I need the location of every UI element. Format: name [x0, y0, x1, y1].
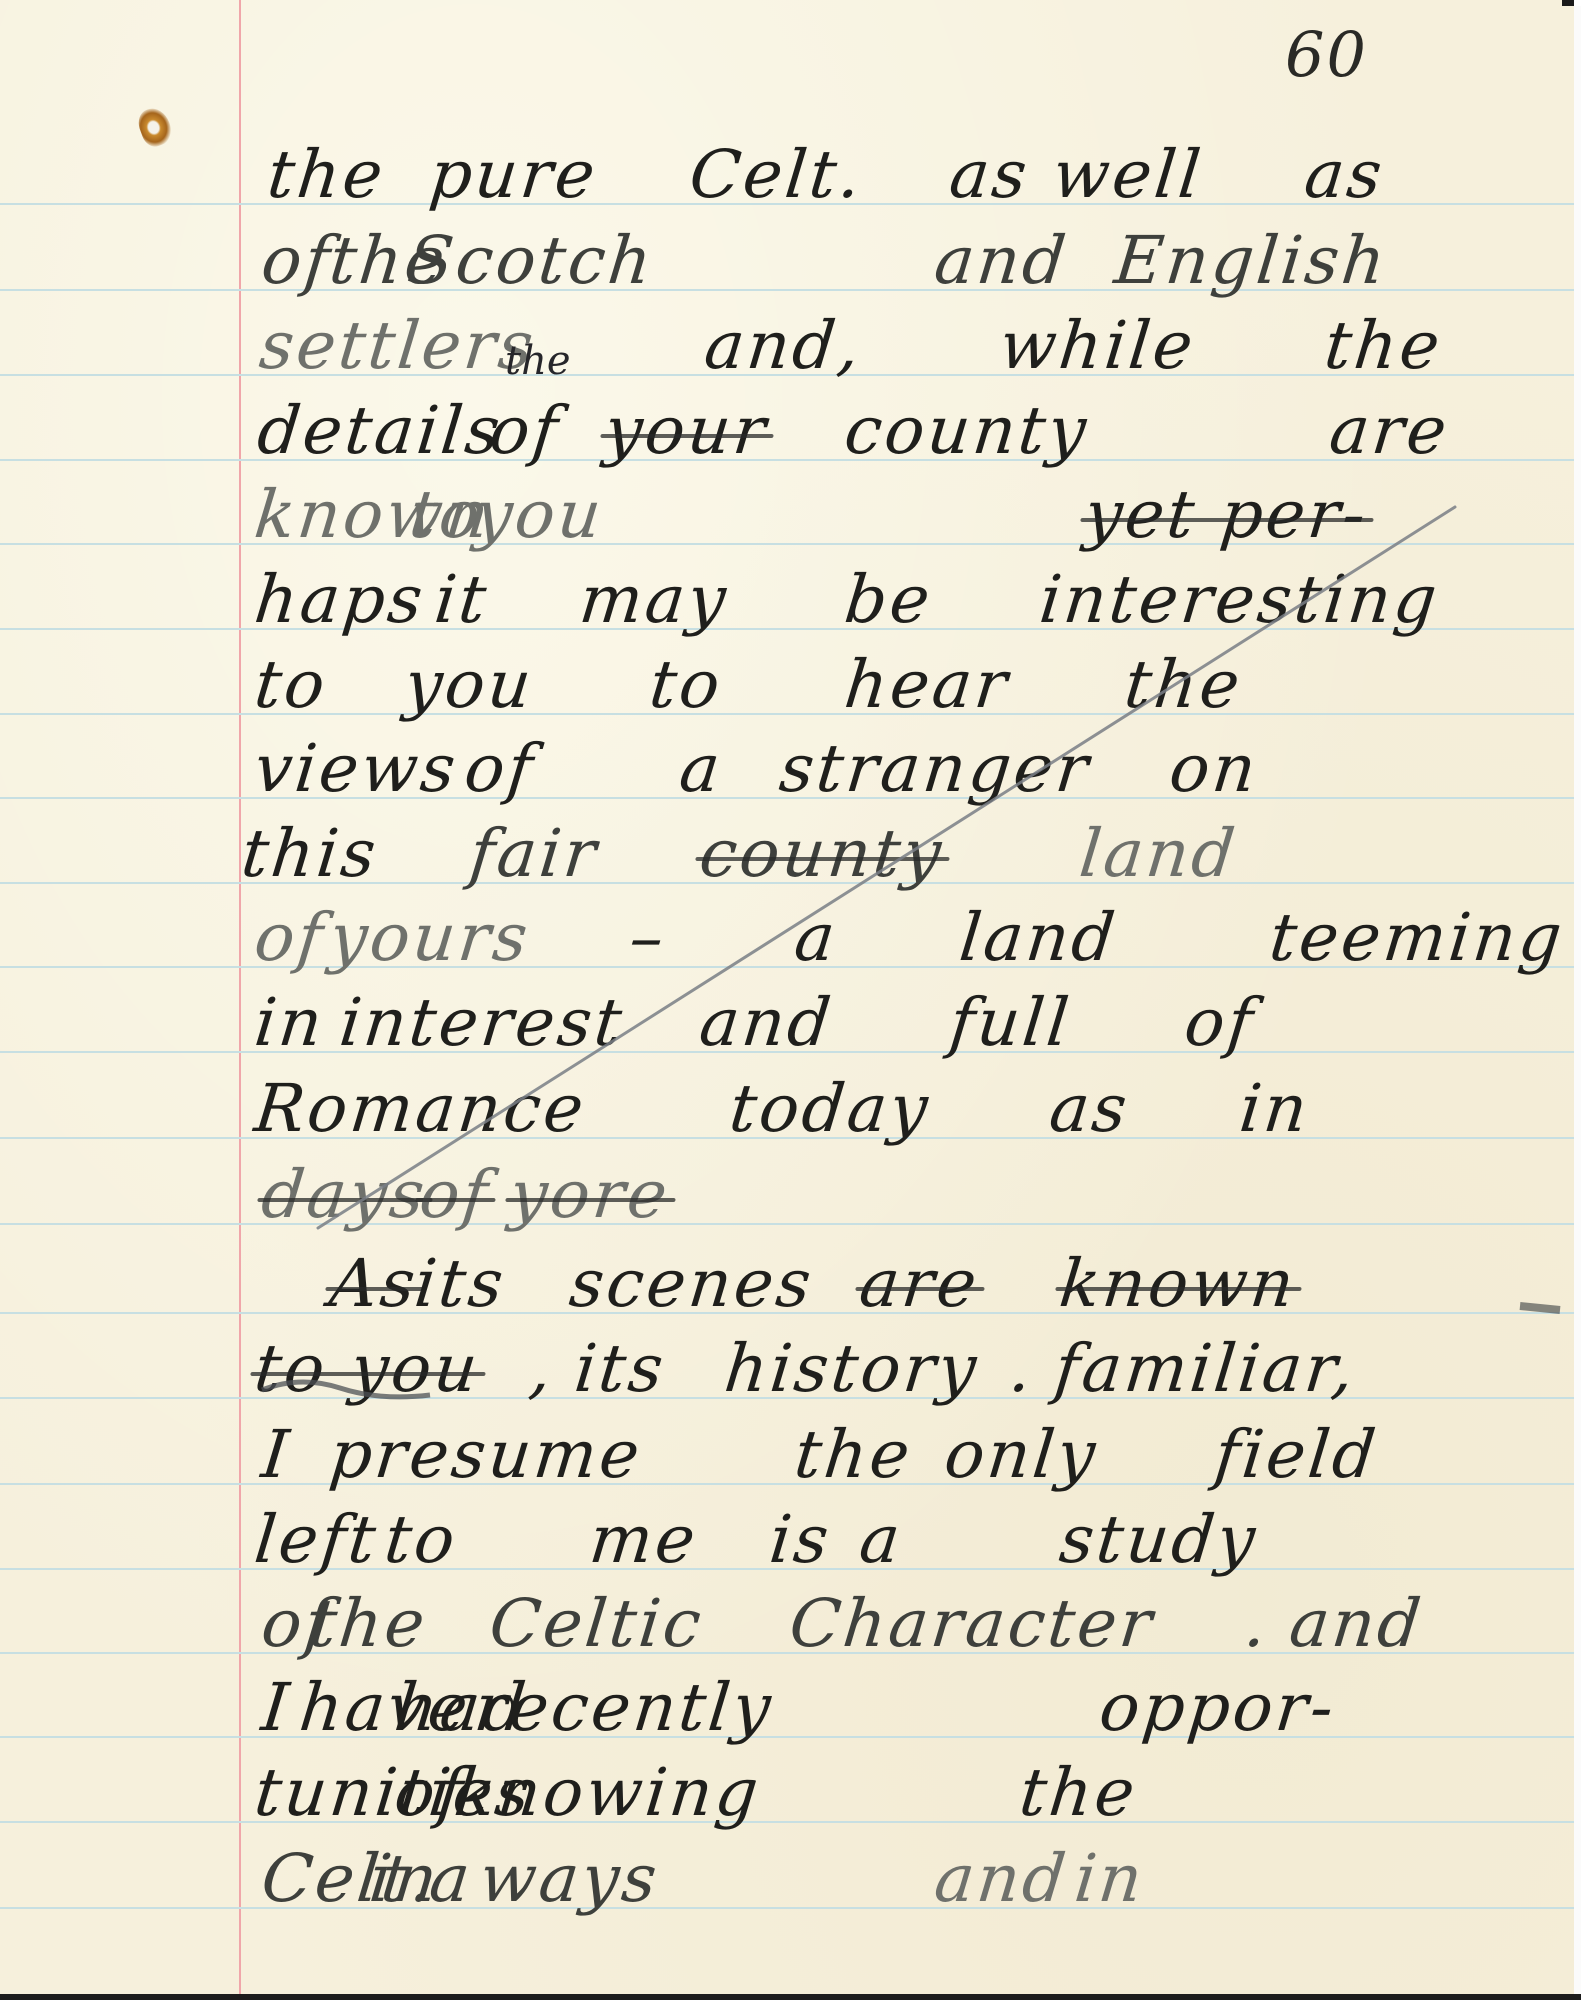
- word: ways: [477, 1846, 663, 1912]
- text-line-20: tunities of knowing the: [0, 1726, 1574, 1826]
- text-line-1: the pure Celt. as well as: [0, 108, 1574, 208]
- text-line-13: days of yore: [0, 1128, 1574, 1228]
- text-line-15: to you , its history . familiar,: [0, 1302, 1574, 1402]
- page-number: 60: [1285, 18, 1368, 91]
- manuscript-page: 60 the pure Celt. as well as of the Scot…: [0, 0, 1574, 1996]
- scan-edge-bottom: [0, 1994, 1581, 2000]
- scan-corner: [1562, 0, 1574, 6]
- text-line-12: Romance today as in: [0, 1042, 1574, 1142]
- word: in: [1072, 1846, 1149, 1912]
- word: and: [932, 1846, 1072, 1912]
- scan-edge-right: [1574, 6, 1581, 2000]
- text-line-11: in interest and full of: [0, 956, 1574, 1056]
- word: a: [427, 1846, 476, 1912]
- text-line-21: Celt. in a ways and in: [0, 1812, 1574, 1912]
- inserted-word: the: [505, 338, 571, 384]
